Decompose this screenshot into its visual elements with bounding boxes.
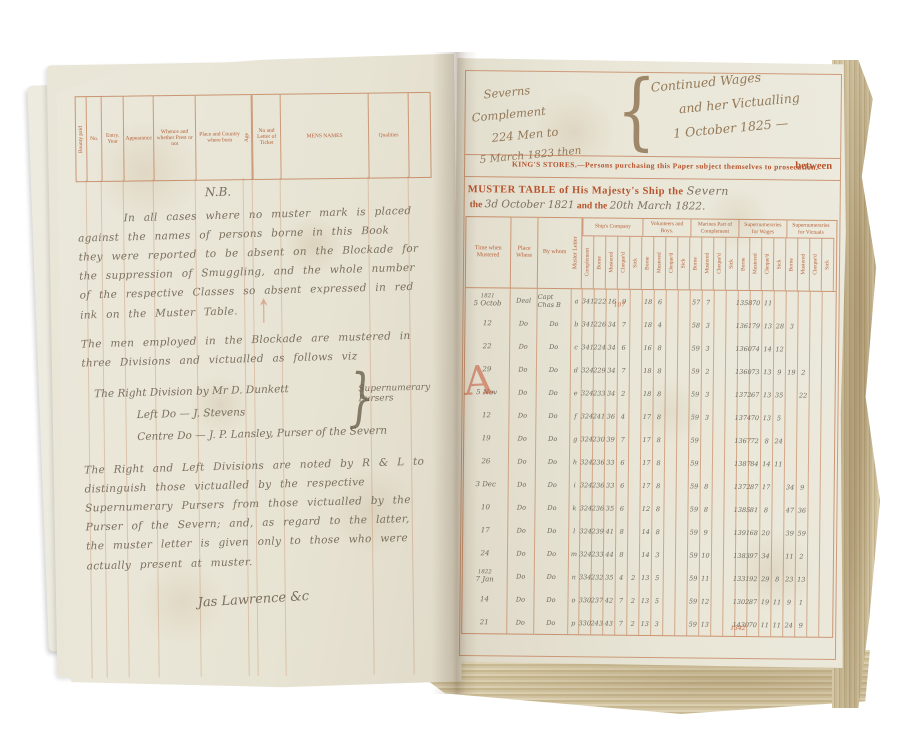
value-cell: 3 bbox=[785, 314, 797, 337]
value-cell: 330 bbox=[578, 588, 590, 611]
sub-header: Cheque'd bbox=[762, 238, 775, 290]
ship-name-handwritten: Severn bbox=[687, 184, 729, 197]
value-cell: 1361 bbox=[737, 314, 749, 337]
value-cell: 58 bbox=[689, 313, 701, 336]
left-header-col: No and Letter of Ticket bbox=[252, 95, 281, 179]
value-cell: 324 bbox=[580, 473, 592, 496]
value-cell bbox=[677, 359, 689, 382]
value-cell: 8 bbox=[652, 474, 664, 497]
value-cell: 7 bbox=[614, 612, 626, 635]
value-cell bbox=[627, 497, 639, 520]
value-cell: 12 bbox=[773, 337, 785, 360]
value-cell bbox=[807, 522, 819, 545]
sub-header: Sick bbox=[822, 239, 835, 291]
value-cell bbox=[665, 336, 677, 359]
value-cell: 24 bbox=[772, 429, 784, 452]
value-cell: 7 bbox=[617, 313, 629, 336]
value-cell: 35 bbox=[603, 497, 615, 520]
value-cell bbox=[700, 452, 712, 475]
date-from-handwritten: 3d October 1821 bbox=[485, 198, 575, 211]
date-value: 5 Octob bbox=[474, 299, 502, 307]
value-cell bbox=[712, 452, 724, 475]
date-cell: 18227 Jan bbox=[463, 564, 507, 587]
value-cell: 1360 bbox=[737, 337, 749, 360]
table-row: 21DoDop330243437213359131430701111249 bbox=[462, 610, 832, 637]
right-page: SevernsComplement224 Men to5 March 1823 … bbox=[451, 58, 849, 668]
value-cell: 324 bbox=[580, 404, 592, 427]
muster-letter-cell: o bbox=[567, 588, 578, 611]
value-cell: 70 bbox=[746, 613, 758, 636]
value-cell bbox=[710, 613, 722, 636]
date-value: 3 Dec bbox=[475, 480, 495, 488]
value-cell: 35 bbox=[603, 566, 615, 589]
value-cell: 9 bbox=[699, 521, 711, 544]
value-cell bbox=[771, 544, 783, 567]
left-page-handwritten-note: N.B. In all cases where no muster mark i… bbox=[77, 180, 432, 610]
value-cell bbox=[665, 359, 677, 382]
value-cell bbox=[664, 405, 676, 428]
value-cell bbox=[809, 384, 821, 407]
value-cell: 8 bbox=[615, 543, 627, 566]
value-cell: 1302 bbox=[734, 590, 746, 613]
note-paragraph-3: The Right and Left Divisions are noted b… bbox=[84, 453, 431, 577]
value-cell: 5 bbox=[772, 406, 784, 429]
value-cell bbox=[771, 521, 783, 544]
value-cell: 7 bbox=[617, 359, 629, 382]
value-cell bbox=[677, 382, 689, 405]
sub-header: Mustered bbox=[654, 237, 667, 289]
value-cell: 1383 bbox=[735, 544, 747, 567]
value-cell bbox=[663, 520, 675, 543]
value-cell bbox=[712, 475, 724, 498]
group-header: Ship's Company bbox=[582, 218, 642, 237]
value-cell: 233 bbox=[593, 381, 605, 404]
place-cell: Do bbox=[507, 519, 534, 542]
muster-letter-cell: h bbox=[569, 450, 580, 473]
date-cell: 26 bbox=[464, 449, 508, 472]
value-cell bbox=[713, 383, 725, 406]
value-cell: 3 bbox=[651, 543, 663, 566]
value-cell bbox=[809, 315, 821, 338]
value-cell: 84 bbox=[748, 452, 760, 475]
value-cell: 1360 bbox=[737, 360, 749, 383]
value-cell: 19 bbox=[758, 590, 770, 613]
value-cell bbox=[809, 361, 821, 384]
value-cell: 17 bbox=[640, 474, 652, 497]
value-cell: 35 bbox=[773, 383, 785, 406]
value-cell bbox=[628, 428, 640, 451]
value-cell: 24 bbox=[782, 613, 794, 636]
date-value: 24 bbox=[480, 549, 489, 557]
annotation-complement: SevernsComplement224 Men to5 March 1823 … bbox=[469, 76, 583, 171]
red-ink-number: 1342 bbox=[730, 625, 745, 632]
value-cell: 2 bbox=[795, 545, 807, 568]
value-cell: 59 bbox=[689, 382, 701, 405]
value-cell bbox=[797, 338, 809, 361]
value-cell bbox=[796, 453, 808, 476]
value-cell bbox=[676, 405, 688, 428]
value-cell: 11 bbox=[770, 613, 782, 636]
value-cell bbox=[676, 474, 688, 497]
value-cell: 59 bbox=[687, 566, 699, 589]
value-cell: 8 bbox=[653, 359, 665, 382]
value-cell bbox=[627, 520, 639, 543]
value-cell: 1387 bbox=[736, 452, 748, 475]
value-cell: 1372 bbox=[736, 475, 748, 498]
value-cell: 33 bbox=[604, 451, 616, 474]
value-cell: 87 bbox=[746, 590, 758, 613]
value-cell: 34 bbox=[605, 382, 617, 405]
value-cell: 72 bbox=[748, 429, 760, 452]
muster-letter-cell: i bbox=[569, 473, 580, 496]
left-header-col: Bounty paid bbox=[76, 97, 87, 181]
value-cell: 6 bbox=[616, 451, 628, 474]
value-cell bbox=[629, 359, 641, 382]
value-cell bbox=[796, 430, 808, 453]
value-cell bbox=[711, 498, 723, 521]
value-cell: 12 bbox=[698, 590, 710, 613]
value-cell bbox=[711, 521, 723, 544]
value-cell bbox=[819, 499, 831, 522]
muster-table-header: Time when MusteredPlace WhereBy whomMust… bbox=[466, 217, 837, 292]
left-header-col bbox=[408, 93, 431, 177]
sub-header: Cheque'd bbox=[714, 238, 727, 290]
muster-table-title-print: MUSTER TABLE of His Majesty's Ship the bbox=[468, 184, 684, 197]
value-cell: 6 bbox=[617, 336, 629, 359]
value-cell: 2 bbox=[626, 612, 638, 635]
date-cell: 12 bbox=[465, 311, 509, 334]
value-cell: 1385 bbox=[735, 498, 747, 521]
value-cell: 2 bbox=[626, 589, 638, 612]
value-cell: 74 bbox=[749, 337, 761, 360]
value-cell bbox=[662, 589, 674, 612]
division-list: The Right Division by Mr D. DunkettLeft … bbox=[94, 374, 428, 449]
value-cell: 43 bbox=[602, 612, 614, 635]
value-cell: 59 bbox=[687, 543, 699, 566]
value-cell: 59 bbox=[687, 497, 699, 520]
left-header-col: Whence and whether Prest or not bbox=[153, 96, 196, 181]
value-cell: 324 bbox=[579, 496, 591, 519]
value-cell bbox=[665, 313, 677, 336]
value-cell: 79 bbox=[749, 314, 761, 337]
value-cell bbox=[662, 612, 674, 635]
value-cell: 243 bbox=[590, 611, 602, 634]
value-cell: 236 bbox=[592, 450, 604, 473]
value-cell: 8 bbox=[760, 429, 772, 452]
sub-header: Cheque'd bbox=[618, 237, 631, 289]
value-cell: 8 bbox=[652, 428, 664, 451]
value-cell bbox=[820, 407, 832, 430]
value-cell: 6 bbox=[654, 290, 666, 313]
value-cell: 13 bbox=[638, 589, 650, 612]
place-cell: Do bbox=[508, 450, 535, 473]
sub-header: Mustered bbox=[702, 238, 715, 290]
date-cell: 24 bbox=[463, 541, 507, 564]
value-cell: 8 bbox=[653, 382, 665, 405]
value-cell: 92 bbox=[747, 567, 759, 590]
value-cell: 34 bbox=[605, 336, 617, 359]
date-cell: 17 bbox=[463, 518, 507, 541]
bywhom-cell: Do bbox=[536, 312, 570, 335]
value-cell: 334 bbox=[579, 565, 591, 588]
value-cell bbox=[700, 429, 712, 452]
value-cell: 324 bbox=[580, 450, 592, 473]
date-value: 19 bbox=[482, 434, 491, 442]
value-cell: 241 bbox=[592, 404, 604, 427]
left-header-col: Place and Country where born bbox=[195, 95, 244, 180]
value-cell: 59 bbox=[686, 612, 698, 635]
value-cell bbox=[819, 545, 831, 568]
value-cell bbox=[821, 361, 833, 384]
value-cell bbox=[784, 452, 796, 475]
sub-header: Mustered bbox=[750, 238, 763, 290]
value-cell: 11 bbox=[770, 590, 782, 613]
note-paragraph-2: The men employed in the Blockade are mus… bbox=[81, 326, 426, 373]
value-cell: 13 bbox=[638, 612, 650, 635]
value-cell bbox=[675, 497, 687, 520]
date-to-handwritten: 20th March 1822. bbox=[610, 200, 706, 213]
value-cell bbox=[808, 407, 820, 430]
date-cell: 3 Dec bbox=[464, 472, 508, 495]
date-value: 22 bbox=[483, 342, 492, 350]
place-cell: Do bbox=[506, 611, 533, 634]
bywhom-cell: Do bbox=[533, 611, 567, 634]
value-cell: 224 bbox=[593, 335, 605, 358]
value-cell: 1367 bbox=[736, 429, 748, 452]
date-cell: 18215 Octob bbox=[466, 288, 510, 311]
value-cell: 13 bbox=[761, 314, 773, 337]
value-cell bbox=[629, 336, 641, 359]
place-cell: Do bbox=[507, 496, 534, 519]
value-cell bbox=[771, 498, 783, 521]
value-cell: 17 bbox=[640, 405, 652, 428]
value-cell: 59 bbox=[688, 405, 700, 428]
value-cell bbox=[785, 337, 797, 360]
bywhom-cell: Do bbox=[533, 588, 567, 611]
value-cell: 42 bbox=[602, 589, 614, 612]
value-cell: 13 bbox=[761, 383, 773, 406]
sub-header: Mustered bbox=[606, 237, 619, 289]
date-value: 12 bbox=[483, 319, 492, 327]
value-cell: 33 bbox=[604, 474, 616, 497]
left-header-col: Qualities bbox=[368, 93, 409, 177]
value-cell bbox=[712, 429, 724, 452]
bywhom-cell: Do bbox=[535, 450, 569, 473]
value-cell: 70 bbox=[748, 406, 760, 429]
date-cell: 12 bbox=[464, 403, 508, 426]
bywhom-cell: Do bbox=[534, 542, 568, 565]
value-cell: 236 bbox=[592, 473, 604, 496]
value-cell: 59 bbox=[688, 428, 700, 451]
value-cell bbox=[713, 314, 725, 337]
division-note: Supernumerary Pursers bbox=[358, 382, 430, 404]
sub-header: Sick bbox=[630, 237, 643, 289]
value-cell: 341 bbox=[581, 312, 593, 335]
value-cell: 34 bbox=[605, 359, 617, 382]
value-cell: 5 bbox=[651, 566, 663, 589]
value-cell: 11 bbox=[772, 452, 784, 475]
table-left-header: By whom bbox=[537, 218, 572, 288]
value-cell bbox=[818, 614, 830, 637]
group-header: Marines Part of Complement bbox=[690, 219, 738, 238]
place-cell: Do bbox=[509, 381, 536, 404]
photo-of-open-muster-book: Bounty paidNo.Entry. YearAppearanceWhenc… bbox=[0, 0, 900, 734]
value-cell bbox=[711, 544, 723, 567]
between-label: between bbox=[795, 161, 832, 172]
value-cell bbox=[665, 382, 677, 405]
value-cell: 3 bbox=[701, 337, 713, 360]
value-cell: 6 bbox=[616, 474, 628, 497]
value-cell: 81 bbox=[747, 498, 759, 521]
value-cell: 73 bbox=[749, 360, 761, 383]
value-cell: 2 bbox=[797, 361, 809, 384]
value-cell bbox=[807, 499, 819, 522]
date-value: 14 bbox=[480, 595, 489, 603]
value-cell: 229 bbox=[593, 358, 605, 381]
value-cell: 59 bbox=[688, 451, 700, 474]
value-cell bbox=[821, 315, 833, 338]
value-cell: 8 bbox=[651, 520, 663, 543]
value-cell bbox=[627, 543, 639, 566]
value-cell: 13 bbox=[698, 613, 710, 636]
value-cell: 18 bbox=[641, 359, 653, 382]
value-cell bbox=[674, 589, 686, 612]
sub-header: Complement bbox=[582, 236, 595, 288]
value-cell: 1 bbox=[794, 591, 806, 614]
left-header-col: Entry. Year bbox=[101, 97, 124, 181]
value-cell bbox=[797, 315, 809, 338]
value-cell: 19 bbox=[785, 360, 797, 383]
sub-header: Cheque'd bbox=[666, 237, 679, 289]
value-cell: 12 bbox=[639, 497, 651, 520]
value-cell: 324 bbox=[581, 381, 593, 404]
value-cell: 70 bbox=[750, 291, 762, 314]
value-cell bbox=[629, 313, 641, 336]
value-cell bbox=[808, 430, 820, 453]
value-cell: 8 bbox=[771, 567, 783, 590]
value-cell: 10 bbox=[699, 544, 711, 567]
value-cell bbox=[676, 451, 688, 474]
value-cell: 29 bbox=[759, 567, 771, 590]
red-ink-number: 107 bbox=[614, 302, 626, 309]
left-header-col: Age bbox=[243, 95, 253, 179]
value-cell: 8 bbox=[759, 498, 771, 521]
value-cell: 59 bbox=[689, 359, 701, 382]
value-cell: 233 bbox=[591, 542, 603, 565]
value-cell: 59 bbox=[689, 336, 701, 359]
bywhom-cell: Do bbox=[536, 358, 570, 381]
place-cell: Do bbox=[508, 404, 535, 427]
muster-letter-cell: a bbox=[571, 289, 582, 312]
value-cell: 17 bbox=[640, 451, 652, 474]
value-cell: 67 bbox=[749, 383, 761, 406]
sub-header: Sick bbox=[726, 238, 739, 290]
left-page: Bounty paidNo.Entry. YearAppearanceWhenc… bbox=[56, 54, 462, 693]
value-cell: 230 bbox=[592, 427, 604, 450]
value-cell: 236 bbox=[591, 496, 603, 519]
value-cell bbox=[663, 543, 675, 566]
value-cell: 59 bbox=[686, 589, 698, 612]
sub-header: Sick bbox=[678, 237, 691, 289]
value-cell bbox=[820, 453, 832, 476]
value-cell: 7 bbox=[702, 291, 714, 314]
group-header: Volunteers and Boys. bbox=[642, 219, 690, 238]
table-left-header: Muster Letter bbox=[571, 218, 583, 288]
value-cell bbox=[796, 407, 808, 430]
value-cell: 324 bbox=[579, 519, 591, 542]
value-cell bbox=[663, 566, 675, 589]
value-cell bbox=[676, 428, 688, 451]
value-cell: 39 bbox=[783, 521, 795, 544]
value-cell: 20 bbox=[759, 521, 771, 544]
muster-letter-cell: p bbox=[567, 611, 578, 634]
value-cell: 239 bbox=[591, 519, 603, 542]
value-cell: 8 bbox=[652, 451, 664, 474]
value-cell: 14 bbox=[639, 543, 651, 566]
value-cell: 9 bbox=[773, 360, 785, 383]
sub-header: Borne bbox=[690, 237, 703, 289]
value-cell bbox=[808, 453, 820, 476]
value-cell: 57 bbox=[690, 290, 702, 313]
sub-header: Sick bbox=[774, 238, 787, 290]
value-cell bbox=[819, 568, 831, 591]
place-cell: Do bbox=[507, 565, 534, 588]
value-cell bbox=[664, 474, 676, 497]
place-cell: Do bbox=[508, 427, 535, 450]
value-cell bbox=[808, 476, 820, 499]
value-cell: 36 bbox=[604, 405, 616, 428]
value-cell: 324 bbox=[579, 542, 591, 565]
value-cell: 97 bbox=[747, 544, 759, 567]
value-cell: 341 bbox=[582, 289, 594, 312]
value-cell: 341 bbox=[581, 335, 593, 358]
value-cell: 2 bbox=[701, 360, 713, 383]
date-value: 10 bbox=[481, 503, 490, 511]
value-cell bbox=[821, 384, 833, 407]
value-cell: 18 bbox=[641, 382, 653, 405]
left-header-col: MENS NAMES bbox=[280, 94, 369, 179]
sub-header: Borne bbox=[738, 238, 751, 290]
value-cell: 87 bbox=[748, 475, 760, 498]
value-cell: 59 bbox=[688, 474, 700, 497]
muster-letter-cell: c bbox=[570, 335, 581, 358]
place-cell: Do bbox=[509, 312, 536, 335]
value-cell: 222 bbox=[594, 289, 606, 312]
place-cell: Do bbox=[507, 542, 534, 565]
value-cell: 47 bbox=[783, 498, 795, 521]
value-cell: 1391 bbox=[735, 521, 747, 544]
value-cell bbox=[786, 291, 798, 314]
value-cell bbox=[674, 612, 686, 635]
value-cell: 41 bbox=[603, 520, 615, 543]
muster-letter-cell: g bbox=[569, 427, 580, 450]
muster-letter-cell: e bbox=[570, 381, 581, 404]
value-cell: 2 bbox=[627, 566, 639, 589]
date-cell: 19 bbox=[464, 426, 508, 449]
bywhom-cell: Capt Chas B bbox=[537, 289, 571, 312]
value-cell: 17 bbox=[760, 475, 772, 498]
value-cell bbox=[820, 476, 832, 499]
value-cell: 68 bbox=[747, 521, 759, 544]
value-cell bbox=[784, 429, 796, 452]
place-cell: Do bbox=[506, 588, 533, 611]
muster-letter-cell: l bbox=[568, 519, 579, 542]
muster-letter-cell: n bbox=[568, 565, 579, 588]
value-cell: 34 bbox=[605, 313, 617, 336]
value-cell: 1372 bbox=[737, 383, 749, 406]
value-cell: 18 bbox=[642, 290, 654, 313]
date-value: 21 bbox=[480, 618, 489, 626]
